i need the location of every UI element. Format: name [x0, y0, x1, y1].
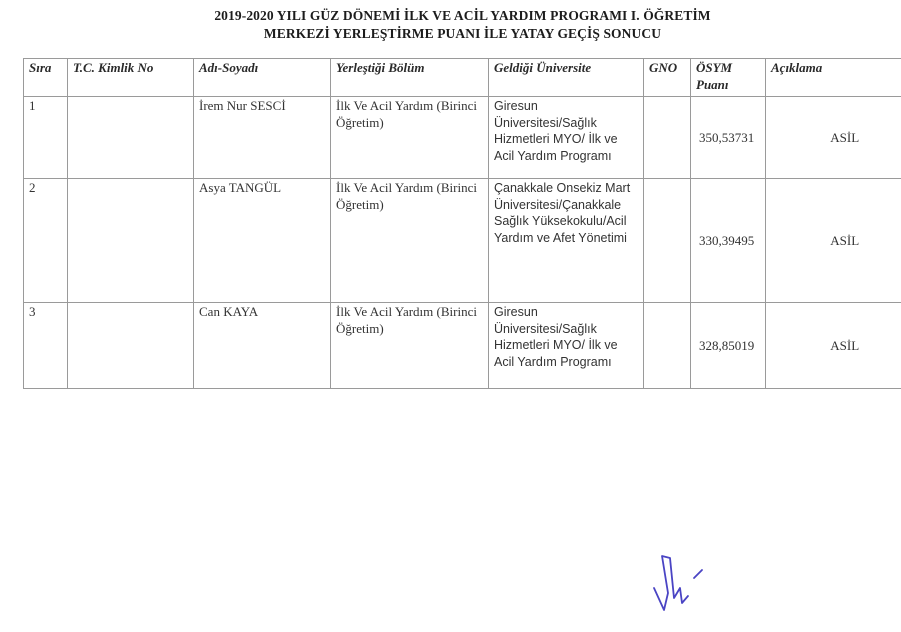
cell-sira: 2 — [24, 179, 68, 303]
document-title-line-2: MERKEZİ YERLEŞTİRME PUANI İLE YATAY GEÇİ… — [12, 26, 901, 42]
cell-geldigi-universite: Giresun Üniversitesi/Sağlık Hizmetleri M… — [489, 303, 644, 389]
header-osym-puani: ÖSYM Puanı — [691, 59, 766, 97]
cell-adi-soyadi: Can KAYA — [194, 303, 331, 389]
cell-geldigi-universite: Çanakkale Onsekiz Mart Üniversitesi/Çana… — [489, 179, 644, 303]
table-row: 3 Can KAYA İlk Ve Acil Yardım (Birinci Ö… — [24, 303, 901, 389]
cell-osym-puani: 350,53731 — [691, 97, 766, 179]
header-geldigi-universite: Geldiği Üniversite — [489, 59, 644, 97]
signature-icon — [650, 548, 710, 618]
header-sira: Sıra — [24, 59, 68, 97]
header-yerlestigi-bolum: Yerleştiği Bölüm — [331, 59, 489, 97]
header-adi-soyadi: Adı-Soyadı — [194, 59, 331, 97]
table-row: 2 Asya TANGÜL İlk Ve Acil Yardım (Birinc… — [24, 179, 901, 303]
cell-yerlestigi-bolum: İlk Ve Acil Yardım (Birinci Öğretim) — [331, 179, 489, 303]
table-header-row: Sıra T.C. Kimlik No Adı-Soyadı Yerleştiğ… — [24, 59, 901, 97]
cell-geldigi-universite: Giresun Üniversitesi/Sağlık Hizmetleri M… — [489, 97, 644, 179]
header-gno: GNO — [644, 59, 691, 97]
document-title-line-1: 2019-2020 YILI GÜZ DÖNEMİ İLK VE ACİL YA… — [12, 8, 901, 24]
cell-yerlestigi-bolum: İlk Ve Acil Yardım (Birinci Öğretim) — [331, 97, 489, 179]
cell-sira: 1 — [24, 97, 68, 179]
cell-gno — [644, 179, 691, 303]
cell-tc-kimlik-no — [68, 179, 194, 303]
header-tc-kimlik-no: T.C. Kimlik No — [68, 59, 194, 97]
cell-aciklama: ASİL — [766, 303, 901, 389]
cell-aciklama: ASİL — [766, 179, 901, 303]
results-table: Sıra T.C. Kimlik No Adı-Soyadı Yerleştiğ… — [23, 58, 901, 389]
cell-tc-kimlik-no — [68, 97, 194, 179]
cell-adi-soyadi: Asya TANGÜL — [194, 179, 331, 303]
cell-gno — [644, 303, 691, 389]
header-aciklama: Açıklama — [766, 59, 901, 97]
cell-aciklama: ASİL — [766, 97, 901, 179]
cell-yerlestigi-bolum: İlk Ve Acil Yardım (Birinci Öğretim) — [331, 303, 489, 389]
cell-sira: 3 — [24, 303, 68, 389]
cell-osym-puani: 330,39495 — [691, 179, 766, 303]
cell-osym-puani: 328,85019 — [691, 303, 766, 389]
cell-gno — [644, 97, 691, 179]
table-row: 1 İrem Nur SESCİ İlk Ve Acil Yardım (Bir… — [24, 97, 901, 179]
cell-adi-soyadi: İrem Nur SESCİ — [194, 97, 331, 179]
cell-tc-kimlik-no — [68, 303, 194, 389]
